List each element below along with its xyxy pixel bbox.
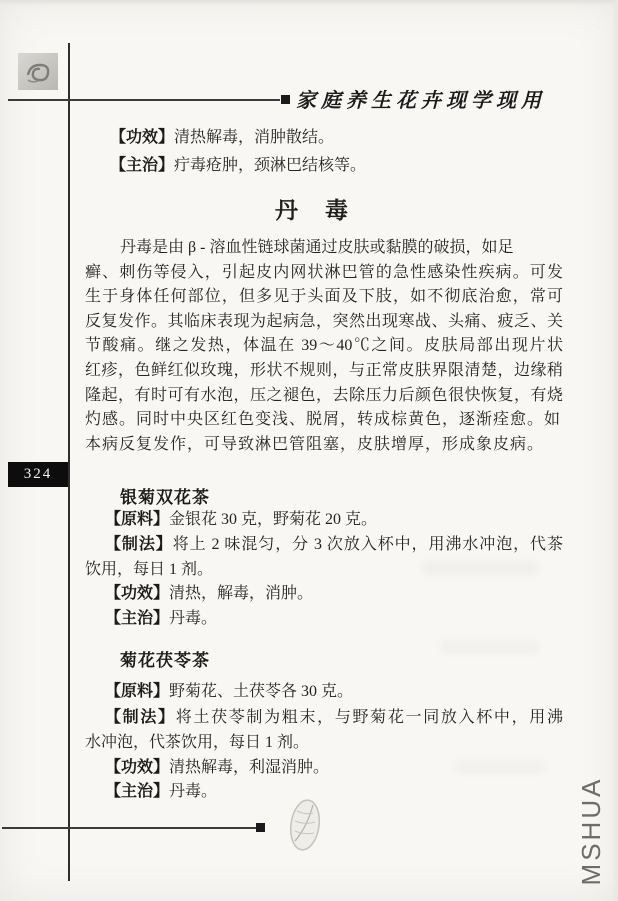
footer-rule xyxy=(2,827,258,829)
shell-watermark-image xyxy=(287,797,323,853)
ingredients-text: 野菊花、土茯苓各 30 克。 xyxy=(169,683,353,700)
indication-text: 丹毒。 xyxy=(169,610,217,627)
intro-line: 节酸痛。继之发热，体温在 39～40℃之间。皮肤局部出现片状 xyxy=(85,336,563,356)
intro-line: 灼感。同时中央区红色变浅、脱屑，转成棕黄色，逐渐痊愈。如 xyxy=(85,410,563,430)
method-label: 【制法】 xyxy=(105,536,173,553)
intro-line: 丹毒是由 β - 溶血性链球菌通过皮肤或黏膜的破损，如足 xyxy=(120,238,563,258)
ingredients-text: 金银花 30 克，野菊花 20 克。 xyxy=(169,511,377,528)
recipe-line: 【主治】丹毒。 xyxy=(105,609,563,629)
indication-label: 【主治】 xyxy=(105,783,169,800)
effect-label: 【功效】 xyxy=(105,759,169,776)
running-head-book-title: 家庭养生花卉现学现用 xyxy=(296,84,596,113)
ingredients-label: 【原料】 xyxy=(105,683,169,700)
recipe-line: 水冲泡，代茶饮用，每日 1 剂。 xyxy=(85,733,563,753)
recipe-title: 银菊双花茶 xyxy=(120,483,210,508)
recipe-line: 【功效】清热，解毒，消肿。 xyxy=(105,584,563,604)
bleed-through-artifact xyxy=(420,560,540,576)
header-rule xyxy=(8,99,280,101)
footer-bullet-icon xyxy=(256,823,265,832)
effect-text: 清热，解毒，消肿。 xyxy=(169,585,313,602)
indication-text: 丹毒。 xyxy=(169,783,217,800)
indication-text: 疔毒疮肿，颈淋巴结核等。 xyxy=(174,157,366,174)
indication-label: 【主治】 xyxy=(110,157,174,174)
effect-text: 清热解毒，消肿散结。 xyxy=(174,129,334,146)
book-page: 家庭养生花卉现学现用 【功效】清热解毒，消肿散结。 【主治】疔毒疮肿，颈淋巴结核… xyxy=(0,0,618,901)
margin-rule-vertical xyxy=(68,43,70,881)
recipe-line: 【主治】丹毒。 xyxy=(105,782,563,802)
header-bullet-icon xyxy=(281,95,290,104)
effect-label: 【功效】 xyxy=(110,129,174,146)
chapter-ornament-image xyxy=(18,53,58,90)
remedy-effect-line: 【功效】清热解毒，消肿散结。 xyxy=(110,128,588,148)
page-number-badge: 324 xyxy=(8,462,68,487)
method-label: 【制法】 xyxy=(105,709,176,726)
recipe-title: 菊花茯苓茶 xyxy=(120,646,210,671)
ingredients-label: 【原料】 xyxy=(105,511,169,528)
recipe-line: 【原料】金银花 30 克，野菊花 20 克。 xyxy=(105,510,563,530)
effect-label: 【功效】 xyxy=(105,585,169,602)
chapter-title: 丹 毒 xyxy=(85,192,540,225)
intro-line: 隆起，有时可有水泡，压之褪色，去除压力后颜色很快恢复，有烧 xyxy=(85,386,563,406)
recipe-line: 【原料】野菊花、土茯苓各 30 克。 xyxy=(105,682,563,702)
page-number: 324 xyxy=(24,466,53,483)
scan-edge-top xyxy=(0,0,618,6)
method-continued-text: 饮用，每日 1 剂。 xyxy=(85,561,213,578)
effect-text: 清热解毒，利湿消肿。 xyxy=(169,759,329,776)
intro-line: 红疹，色鲜红似玫瑰，形状不规则，与正常皮肤界限清楚，边缘稍 xyxy=(85,361,563,381)
intro-line: 反复发作。其临床表现为起病急，突然出现寒战、头痛、疲乏、关 xyxy=(85,312,563,332)
bleed-through-artifact xyxy=(455,760,545,774)
recipe-line: 【制法】将上 2 味混匀，分 3 次放入杯中，用沸水冲泡，代茶 xyxy=(105,535,563,555)
method-text: 将土茯苓制为粗末，与野菊花一同放入杯中，用沸 xyxy=(176,709,563,726)
intro-line: 生于身体任何部位，但多见于头面及下肢，如不彻底治愈，常可 xyxy=(85,287,563,307)
intro-line: 癣、刺伤等侵入，引起皮内网状淋巴管的急性感染性疾病。可发 xyxy=(85,263,563,283)
scan-edge-right xyxy=(611,0,618,901)
bleed-through-artifact xyxy=(440,640,540,654)
indication-label: 【主治】 xyxy=(105,610,169,627)
remedy-indication-line: 【主治】疔毒疮肿，颈淋巴结核等。 xyxy=(110,156,588,176)
method-text: 将上 2 味混匀，分 3 次放入杯中，用沸水冲泡，代茶 xyxy=(173,536,563,553)
intro-line: 本病反复发作，可导致淋巴管阻塞，皮肤增厚，形成象皮病。 xyxy=(85,435,563,455)
scan-watermark-text: MSHUA xyxy=(576,771,606,891)
method-continued-text: 水冲泡，代茶饮用，每日 1 剂。 xyxy=(85,734,309,751)
recipe-line: 【制法】将土茯苓制为粗末，与野菊花一同放入杯中，用沸 xyxy=(105,708,563,728)
